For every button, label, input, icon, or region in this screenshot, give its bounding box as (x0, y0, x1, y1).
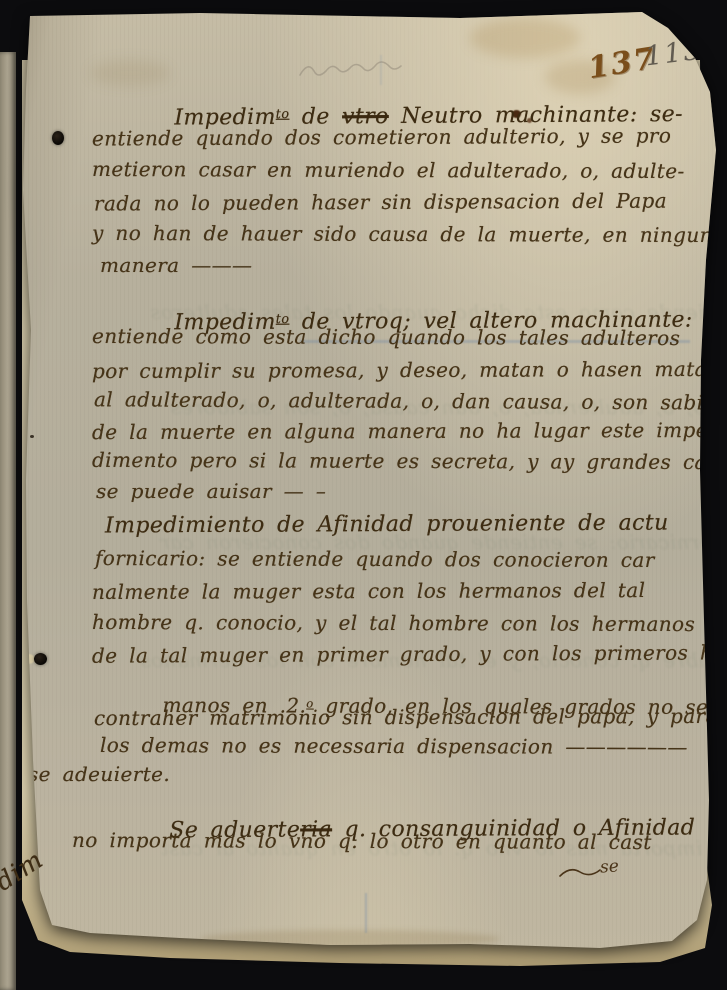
manuscript-line: hombre q. conocio, y el tal hombre con l… (92, 612, 695, 634)
manuscript-line: nalmente la muger esta con los hermanos … (92, 580, 645, 602)
manuscript-line: dimento pero si la muerte es secreta, y … (92, 450, 727, 472)
manuscript-line: fornicario: se entiende quando dos conoc… (95, 548, 655, 570)
manuscript-line: metieron casar en muriendo el adulterado… (92, 159, 685, 181)
manuscript-line: por cumplir su promesa, y deseo, matan o… (92, 359, 717, 381)
faint-pencil-inscription (295, 55, 415, 85)
stain (470, 18, 580, 58)
manuscript-line: manera ——— (100, 255, 252, 275)
catchword-flourish (558, 866, 602, 880)
manuscript-line: entiende como esta dicho quando los tale… (92, 326, 680, 348)
manuscript-line: Impedimiento de Afinidad proueniente de … (105, 513, 669, 538)
manuscript-page: entiende como esta dicho quando los tale… (0, 0, 727, 990)
manuscript-line: de la muerte en alguna manera no ha luga… (92, 420, 715, 442)
catchword: se (599, 856, 619, 877)
binding-hole (34, 653, 47, 665)
manuscript-line: al adulterado, o, adulterada, o, dan cau… (94, 389, 727, 412)
manuscript-line: se puede auisar — – (96, 481, 326, 501)
manuscript-line: entiende quando dos cometieron adulterio… (92, 125, 671, 148)
manuscript-line: y no han de hauer sido causa de la muert… (92, 223, 725, 245)
stain (200, 930, 500, 948)
binding-hole (52, 131, 64, 145)
superscript: to (276, 107, 290, 122)
manuscript-line: no importa mas lo vno q. lo otro en quan… (72, 830, 652, 852)
speck (30, 435, 34, 438)
manuscript-line: contraher matrimonio sin dispensacion de… (94, 706, 718, 728)
manuscript-line: los demas no es necessaria dispensacion … (100, 735, 688, 757)
manuscript-line: rada no lo pueden haser sin dispensacion… (94, 191, 667, 214)
manuscript-line: se adeuierte. (28, 764, 170, 784)
folio-number-new: 113 (643, 35, 704, 73)
page-wrap: entiende como esta dicho quando los tale… (0, 0, 727, 990)
show-through-line (365, 893, 367, 933)
manuscript-line: de la tal muger en primer grado, y con l… (92, 642, 727, 665)
stain (90, 60, 170, 86)
